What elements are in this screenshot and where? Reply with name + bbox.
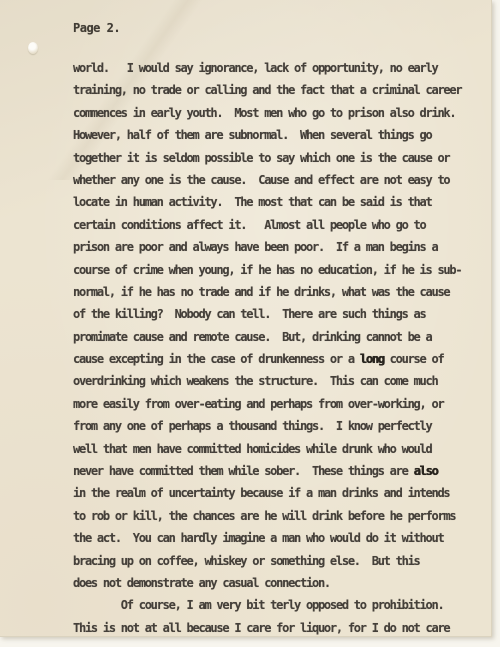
line-text: cause excepting in the case of drunkenne… [73,352,360,366]
typewritten-line: certain conditions affect it. Almost all… [73,214,478,236]
line-text: the act. You can hardly imagine a man wh… [73,531,443,545]
line-text: However, half of them are subnormal. Whe… [73,128,431,142]
typewritten-line: world. I would say ignorance, lack of op… [73,57,478,79]
document-scan: Page 2. world. I would say ignorance, la… [0,0,500,647]
typewritten-line: promimate cause and remote cause. But, d… [73,326,478,348]
typewritten-line: together it is seldom possible to say wh… [73,147,478,169]
line-text: does not demonstrate any casual connecti… [73,576,330,590]
line-text: course of [384,352,444,366]
typewritten-line: overdrinking which weakens the structure… [73,370,478,392]
paper-page: Page 2. world. I would say ignorance, la… [0,0,492,637]
typewritten-line: This is not at all because I care for li… [73,617,478,639]
line-text: bracing up on coffee, whiskey or somethi… [73,554,420,568]
line-text: from any one of perhaps a thousand thing… [73,419,431,433]
typewritten-line: whether any one is the cause. Cause and … [73,169,478,191]
line-text: certain conditions affect it. Almost all… [73,218,426,232]
line-text: Of course, I am very bit terly opposed t… [73,598,443,612]
line-text: together it is seldom possible to say wh… [73,151,449,165]
typewritten-line: more easily from over-eating and perhaps… [73,393,478,415]
typewritten-line: prison are poor and always have been poo… [73,236,478,258]
typewritten-line: training, no trade or calling and the fa… [73,79,478,101]
line-text: course of crime when young, if he has no… [73,263,461,277]
line-text: well that men have committed homicides w… [73,442,431,456]
typewritten-line: locate in human activity. The most that … [73,191,478,213]
typewritten-line: from any one of perhaps a thousand thing… [73,415,478,437]
line-text: This is not at all because I care for li… [73,621,449,635]
typewritten-line: well that men have committed homicides w… [73,438,478,460]
typewritten-line: in the realm of uncertainty because if a… [73,482,478,504]
typewritten-line: Of course, I am very bit terly opposed t… [73,594,478,616]
page-number-label: Page 2. [73,21,120,35]
line-text: in the realm of uncertainty because if a… [73,486,449,500]
typewritten-line: commences in early youth. Most men who g… [73,102,478,124]
line-text: training, no trade or calling and the fa… [73,83,461,97]
line-text: world. I would say ignorance, lack of op… [73,61,437,75]
typewritten-line: to rob or kill, the chances are he will … [73,505,478,527]
line-text: never have committed them while sober. T… [73,464,414,478]
line-text: commences in early youth. Most men who g… [73,106,455,120]
line-text: normal, if he has no trade and if he dri… [73,285,449,299]
line-text: prison are poor and always have been poo… [73,240,437,254]
typewritten-line: However, half of them are subnormal. Whe… [73,124,478,146]
typewritten-line: does not demonstrate any casual connecti… [73,572,478,594]
paper-flaw-spot [28,42,38,54]
typewritten-line: normal, if he has no trade and if he dri… [73,281,478,303]
line-text: promimate cause and remote cause. But, d… [73,330,431,344]
line-text: locate in human activity. The most that … [73,195,431,209]
line-text: of the killing? Nobody can tell. There a… [73,307,426,321]
line-text: overdrinking which weakens the structure… [73,374,437,388]
typewritten-line: bracing up on coffee, whiskey or somethi… [73,550,478,572]
typewritten-line: never have committed them while sober. T… [73,460,478,482]
emphasized-word: also [414,464,438,478]
line-text: to rob or kill, the chances are he will … [73,509,455,523]
line-text: more easily from over-eating and perhaps… [73,397,443,411]
typewritten-line: of the killing? Nobody can tell. There a… [73,303,478,325]
line-text: whether any one is the cause. Cause and … [73,173,449,187]
typewritten-line: the act. You can hardly imagine a man wh… [73,527,478,549]
typewritten-line: course of crime when young, if he has no… [73,259,478,281]
typewritten-text: world. I would say ignorance, lack of op… [73,57,478,639]
typewritten-line: cause excepting in the case of drunkenne… [73,348,478,370]
emphasized-word: long [360,352,384,366]
